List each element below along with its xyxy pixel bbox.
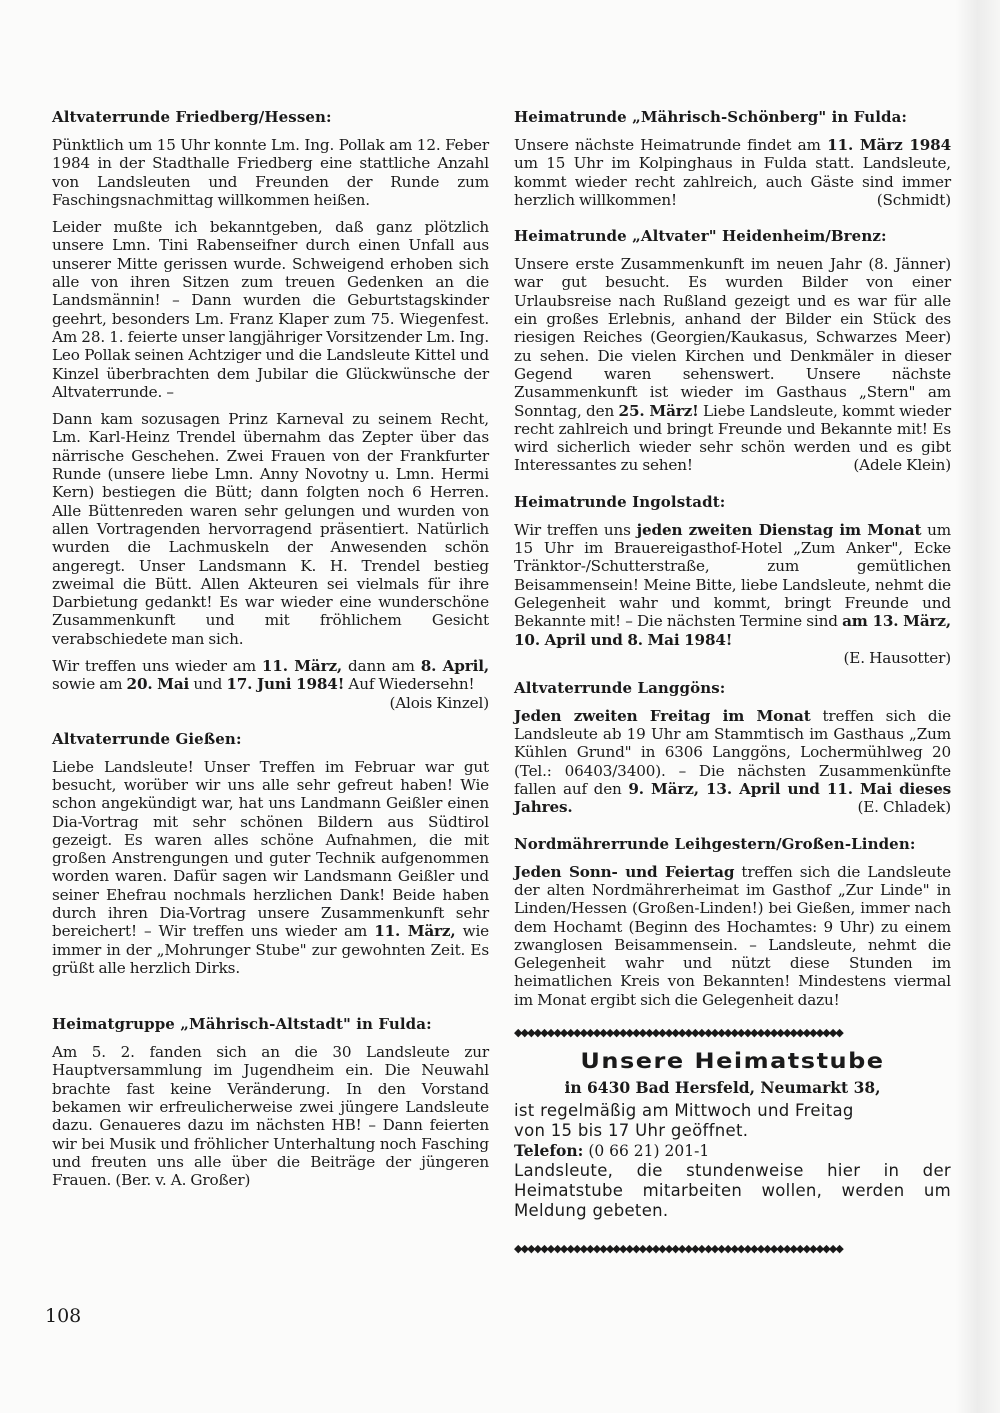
paragraph: Unsere erste Zusammenkunft im neuen Jahr… [514,255,951,475]
text: Auf Wiedersehn! [344,675,474,693]
article-title: Altvaterrunde Gießen: [52,730,489,749]
paragraph: Jeden zweiten Freitag im Monat treffen s… [514,707,951,817]
article-title: Nordmährerrunde Leihgestern/Großen-Linde… [514,835,951,854]
text: Wir treffen uns [514,521,637,539]
date-emphasis: 17. Juni 1984! [226,675,344,693]
text: sowie am [52,675,127,693]
article-title: Altvaterrunde Langgöns: [514,679,951,698]
heimatstube-notice: ◆◆◆◆◆◆◆◆◆◆◆◆◆◆◆◆◆◆◆◆◆◆◆◆◆◆◆◆◆◆◆◆◆◆◆◆◆◆◆◆… [514,1027,951,1255]
article-maehrisch-schoenberg: Heimatrunde „Mährisch-Schönberg" in Fuld… [514,108,951,209]
notice-hours-line2: von 15 bis 17 Uhr geöffnet. [514,1121,951,1141]
text: Liebe Landsleute! Unser Treffen im Febru… [52,758,489,941]
text: dann am [342,657,421,675]
date-emphasis: 20. Mai [127,675,190,693]
text: und [189,675,226,693]
article-ingolstadt: Heimatrunde Ingolstadt: Wir treffen uns … [514,493,951,649]
date-emphasis: 11. März, [262,657,342,675]
article-leihgestern: Nordmährerrunde Leihgestern/Großen-Linde… [514,835,951,1009]
article-langgoens: Altvaterrunde Langgöns: Jeden zweiten Fr… [514,679,951,817]
phone-number: (0 66 21) 201-1 [588,1142,709,1160]
text: Unsere nächste Heimatrunde findet am [514,136,827,154]
article-title: Heimatrunde „Mährisch-Schönberg" in Fuld… [514,108,951,127]
article-title: Heimatgruppe „Mährisch-Altstadt" in Fuld… [52,1015,489,1034]
notice-hours-line1: ist regelmäßig am Mittwoch und Freitag [514,1101,951,1121]
signature: (Adele Klein) [853,456,951,474]
paragraph: Jeden Sonn- und Feiertag treffen sich di… [514,863,951,1009]
schedule-emphasis: Jeden zweiten Freitag im Monat [514,707,811,725]
notice-phone: Telefon: (0 66 21) 201-1 [514,1141,951,1161]
article-title: Heimatrunde „Altvater" Heidenheim/Brenz: [514,227,951,246]
paragraph: Liebe Landsleute! Unser Treffen im Febru… [52,758,489,978]
diamond-border-bottom: ◆◆◆◆◆◆◆◆◆◆◆◆◆◆◆◆◆◆◆◆◆◆◆◆◆◆◆◆◆◆◆◆◆◆◆◆◆◆◆◆… [514,1243,952,1255]
date-emphasis: 25. März! [619,402,699,420]
notice-title: Unsere Heimatstube [514,1048,951,1073]
article-title: Heimatrunde Ingolstadt: [514,493,951,512]
paragraph: Wir treffen uns wieder am 11. März, dann… [52,657,489,694]
paragraph: Unsere nächste Heimatrunde findet am 11.… [514,136,951,209]
paragraph: Dann kam sozusagen Prinz Karneval zu sei… [52,410,489,648]
paragraph: Am 5. 2. fanden sich an die 30 Landsleut… [52,1043,489,1189]
phone-label: Telefon: [514,1141,583,1160]
notice-address: in 6430 Bad Hersfeld, Neumarkt 38, [514,1078,951,1097]
signature: (E. Chladek) [857,798,951,816]
diamond-border-top: ◆◆◆◆◆◆◆◆◆◆◆◆◆◆◆◆◆◆◆◆◆◆◆◆◆◆◆◆◆◆◆◆◆◆◆◆◆◆◆◆… [514,1027,952,1039]
scan-edge-shadow [955,0,1000,1413]
notice-appeal: Landsleute, die stundenweise hier in der… [514,1161,951,1221]
paragraph: Wir treffen uns jeden zweiten Dienstag i… [514,521,951,649]
signature: (E. Hausotter) [844,649,951,667]
left-column: Altvaterrunde Friedberg/Hessen: Pünktlic… [52,108,489,1208]
article-title: Altvaterrunde Friedberg/Hessen: [52,108,489,127]
text: Unsere erste Zusammenkunft im neuen Jahr… [514,255,951,419]
page-number: 108 [45,1305,81,1327]
signature: (Alois Kinzel) [389,694,489,712]
article-heidenheim: Heimatrunde „Altvater" Heidenheim/Brenz:… [514,227,951,475]
signature: (Schmidt) [877,191,951,209]
right-column: Heimatrunde „Mährisch-Schönberg" in Fuld… [514,108,951,1255]
article-maehrisch-altstadt: Heimatgruppe „Mährisch-Altstadt" in Fuld… [52,1015,489,1189]
date-emphasis: 11. März, [374,922,455,940]
paragraph: Pünktlich um 15 Uhr konnte Lm. Ing. Poll… [52,136,489,209]
paragraph: Leider mußte ich bekanntgeben, daß ganz … [52,218,489,401]
text: treffen sich die Landsleute der alten No… [514,863,951,1009]
article-giessen: Altvaterrunde Gießen: Liebe Landsleute! … [52,730,489,978]
schedule-emphasis: jeden zweiten Dienstag im Monat [637,521,922,539]
date-emphasis: 8. April, [421,657,489,675]
schedule-emphasis: Jeden Sonn- und Feiertag [514,863,734,881]
text: Wir treffen uns wieder am [52,657,262,675]
article-friedberg: Altvaterrunde Friedberg/Hessen: Pünktlic… [52,108,489,694]
date-emphasis: 11. März 1984 [827,136,951,154]
